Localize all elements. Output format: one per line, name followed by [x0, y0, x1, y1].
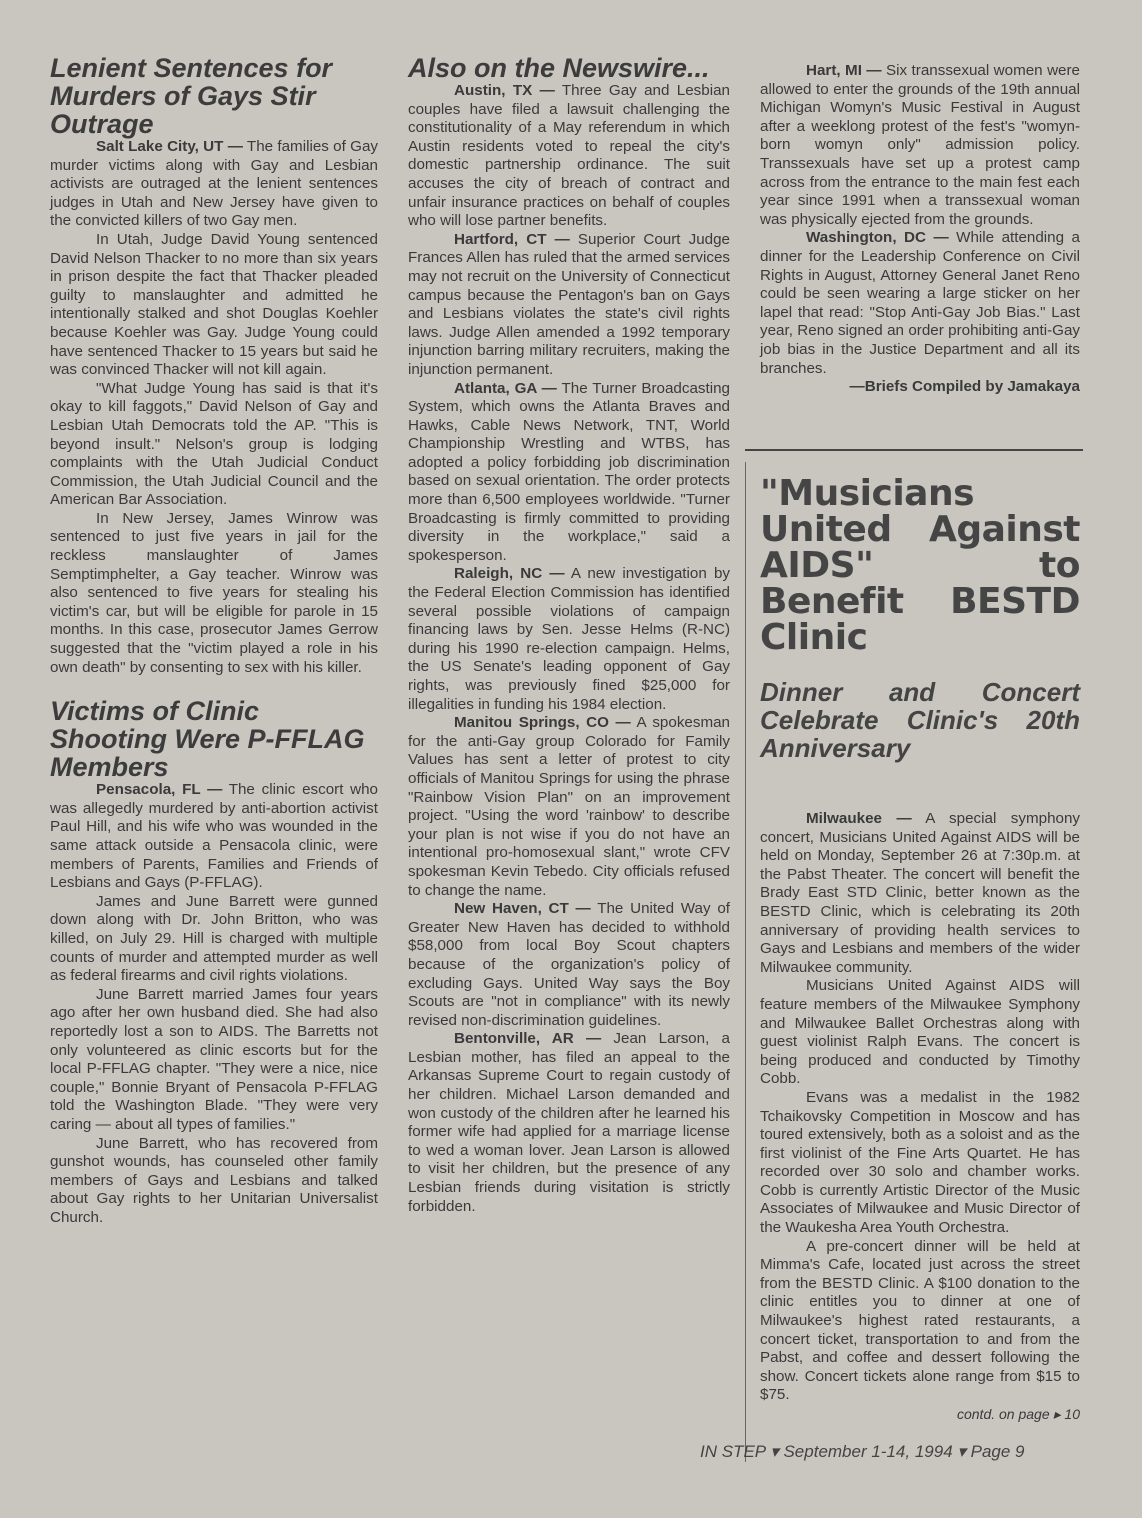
briefs-credit: —Briefs Compiled by Jamakaya [760, 378, 1080, 397]
paragraph: June Barrett married James four years ag… [50, 986, 378, 1135]
paragraph: June Barrett, who has recovered from gun… [50, 1135, 378, 1228]
news-brief: Raleigh, NC — A new investigation by the… [408, 565, 730, 714]
paragraph: A pre-concert dinner will be held at Mim… [760, 1238, 1080, 1405]
feature-subhead: Dinner and Concert Celebrate Clinic's 20… [760, 678, 1080, 762]
column-1: Lenient Sentences for Murders of Gays St… [50, 52, 378, 1227]
news-brief: New Haven, CT — The United Way of Greate… [408, 900, 730, 1030]
feature-headline: "Musicians United Against AIDS" to Benef… [760, 476, 1080, 656]
news-brief: Austin, TX — Three Gay and Lesbian coupl… [408, 82, 730, 231]
paragraph: Pensacola, FL — The clinic escort who wa… [50, 781, 378, 893]
headline-newswire: Also on the Newswire... [408, 54, 730, 82]
column-rule [745, 462, 746, 1462]
section-divider [745, 449, 1083, 451]
paragraph: "What Judge Young has said is that it's … [50, 380, 378, 510]
column-2-newswire: Also on the Newswire... Austin, TX — Thr… [408, 52, 730, 1216]
news-brief: Hart, MI — Six transsexual women were al… [760, 62, 1080, 229]
dateline: Pensacola, FL — [96, 781, 222, 798]
paragraph: In New Jersey, James Winrow was sentence… [50, 510, 378, 677]
paragraph: In Utah, Judge David Young sentenced Dav… [50, 231, 378, 380]
news-brief: Washington, DC — While attending a dinne… [760, 229, 1080, 378]
dateline: Salt Lake City, UT — [96, 138, 243, 155]
column-3: Hart, MI — Six transsexual women were al… [760, 62, 1080, 397]
news-brief: Atlanta, GA — The Turner Broadcasting Sy… [408, 380, 730, 566]
continued-link: contd. on page ▸ 10 [760, 1405, 1080, 1424]
paragraph: Milwaukee — A special symphony concert, … [760, 810, 1080, 977]
paragraph: Evans was a medalist in the 1982 Tchaiko… [760, 1089, 1080, 1238]
paragraph: Musicians United Against AIDS will featu… [760, 977, 1080, 1089]
paragraph: James and June Barrett were gunned down … [50, 893, 378, 986]
feature-article: "Musicians United Against AIDS" to Benef… [760, 462, 1080, 1424]
headline-lenient-sentences: Lenient Sentences for Murders of Gays St… [50, 54, 378, 138]
page-footer: IN STEP ▾ September 1-14, 1994 ▾ Page 9 [700, 1442, 1025, 1462]
news-brief: Manitou Springs, CO — A spokesman for th… [408, 714, 730, 900]
paragraph: Salt Lake City, UT — The families of Gay… [50, 138, 378, 231]
news-brief: Bentonville, AR — Jean Larson, a Lesbian… [408, 1030, 730, 1216]
news-brief: Hartford, CT — Superior Court Judge Fran… [408, 231, 730, 380]
headline-clinic-shooting: Victims of Clinic Shooting Were P-FFLAG … [50, 697, 378, 781]
